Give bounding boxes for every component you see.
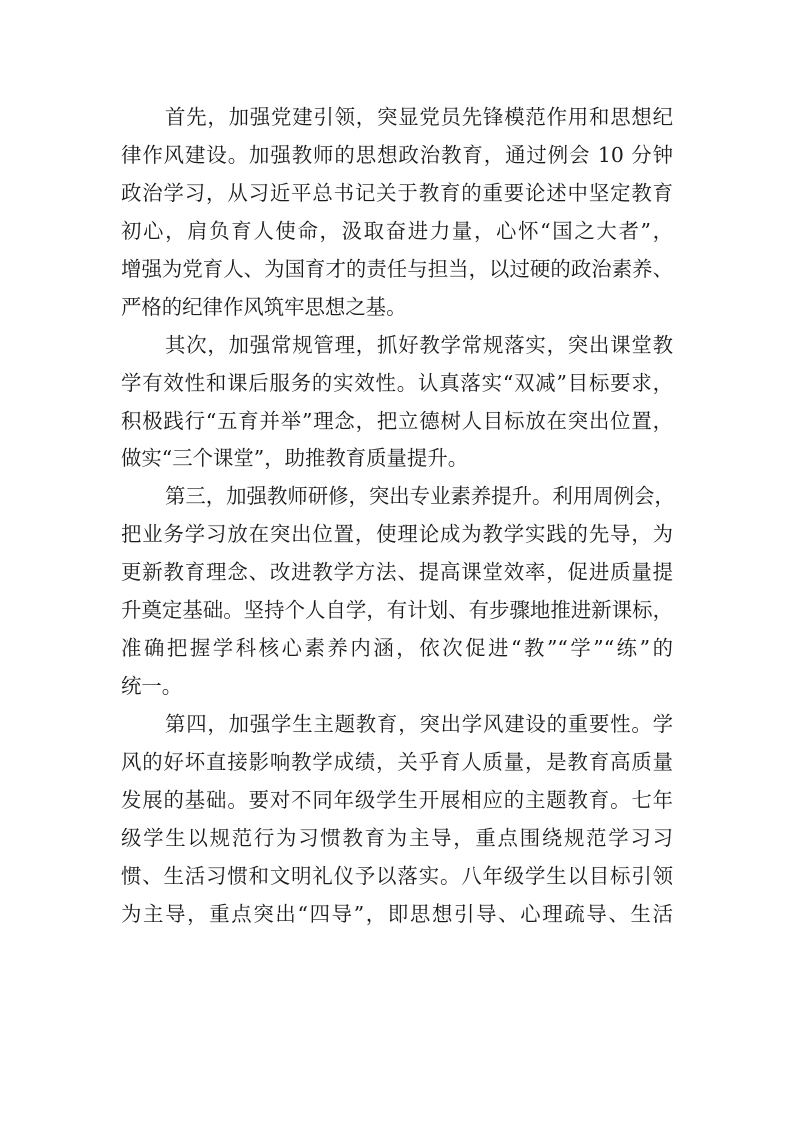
text-line: 统一。 — [121, 668, 673, 706]
text-line: 其次，加强常规管理，抓好教学常规落实，突出课堂教 — [121, 327, 673, 365]
document-page: 首先，加强党建引领，突显党员先锋模范作用和思想纪 律作风建设。加强教师的思想政治… — [121, 99, 673, 934]
paragraph-student-education: 第四，加强学生主题教育，突出学风建设的重要性。学 风的好坏直接影响教学成绩，关乎… — [121, 706, 673, 934]
text-line: 学有效性和课后服务的实效性。认真落实“双减”目标要求， — [121, 365, 673, 403]
text-line: 积极践行“五育并举”理念，把立德树人目标放在突出位置， — [121, 403, 673, 441]
text-line: 发展的基础。要对不同年级学生开展相应的主题教育。七年 — [121, 782, 673, 820]
text-line: 为主导，重点突出“四导”，即思想引导、心理疏导、生活 — [121, 896, 673, 934]
text-line: 级学生以规范行为习惯教育为主导，重点围绕规范学习习 — [121, 820, 673, 858]
text-line: 惯、生活习惯和文明礼仪予以落实。八年级学生以目标引领 — [121, 858, 673, 896]
paragraph-party-building: 首先，加强党建引领，突显党员先锋模范作用和思想纪 律作风建设。加强教师的思想政治… — [121, 99, 673, 327]
text-line: 把业务学习放在突出位置，使理论成为教学实践的先导，为 — [121, 516, 673, 554]
text-line: 升奠定基础。坚持个人自学，有计划、有步骤地推进新课标， — [121, 592, 673, 630]
text-line: 律作风建设。加强教师的思想政治教育，通过例会 10 分钟 — [121, 137, 673, 175]
text-line: 严格的纪律作风筑牢思想之基。 — [121, 289, 673, 327]
text-line: 增强为党育人、为国育才的责任与担当，以过硬的政治素养、 — [121, 251, 673, 289]
text-line: 第三，加强教师研修，突出专业素养提升。利用周例会， — [121, 478, 673, 516]
text-line: 做实“三个课堂”，助推教育质量提升。 — [121, 440, 673, 478]
text-line: 第四，加强学生主题教育，突出学风建设的重要性。学 — [121, 706, 673, 744]
text-line: 初心，肩负育人使命，汲取奋进力量，心怀“国之大者”， — [121, 213, 673, 251]
paragraph-teacher-training: 第三，加强教师研修，突出专业素养提升。利用周例会， 把业务学习放在突出位置，使理… — [121, 478, 673, 706]
text-line: 首先，加强党建引领，突显党员先锋模范作用和思想纪 — [121, 99, 673, 137]
text-line: 政治学习，从习近平总书记关于教育的重要论述中坚定教育 — [121, 175, 673, 213]
text-line: 准确把握学科核心素养内涵，依次促进“教”“学”“练”的 — [121, 630, 673, 668]
text-line: 风的好坏直接影响教学成绩，关乎育人质量，是教育高质量 — [121, 744, 673, 782]
text-line: 更新教育理念、改进教学方法、提高课堂效率，促进质量提 — [121, 554, 673, 592]
paragraph-routine-management: 其次，加强常规管理，抓好教学常规落实，突出课堂教 学有效性和课后服务的实效性。认… — [121, 327, 673, 479]
